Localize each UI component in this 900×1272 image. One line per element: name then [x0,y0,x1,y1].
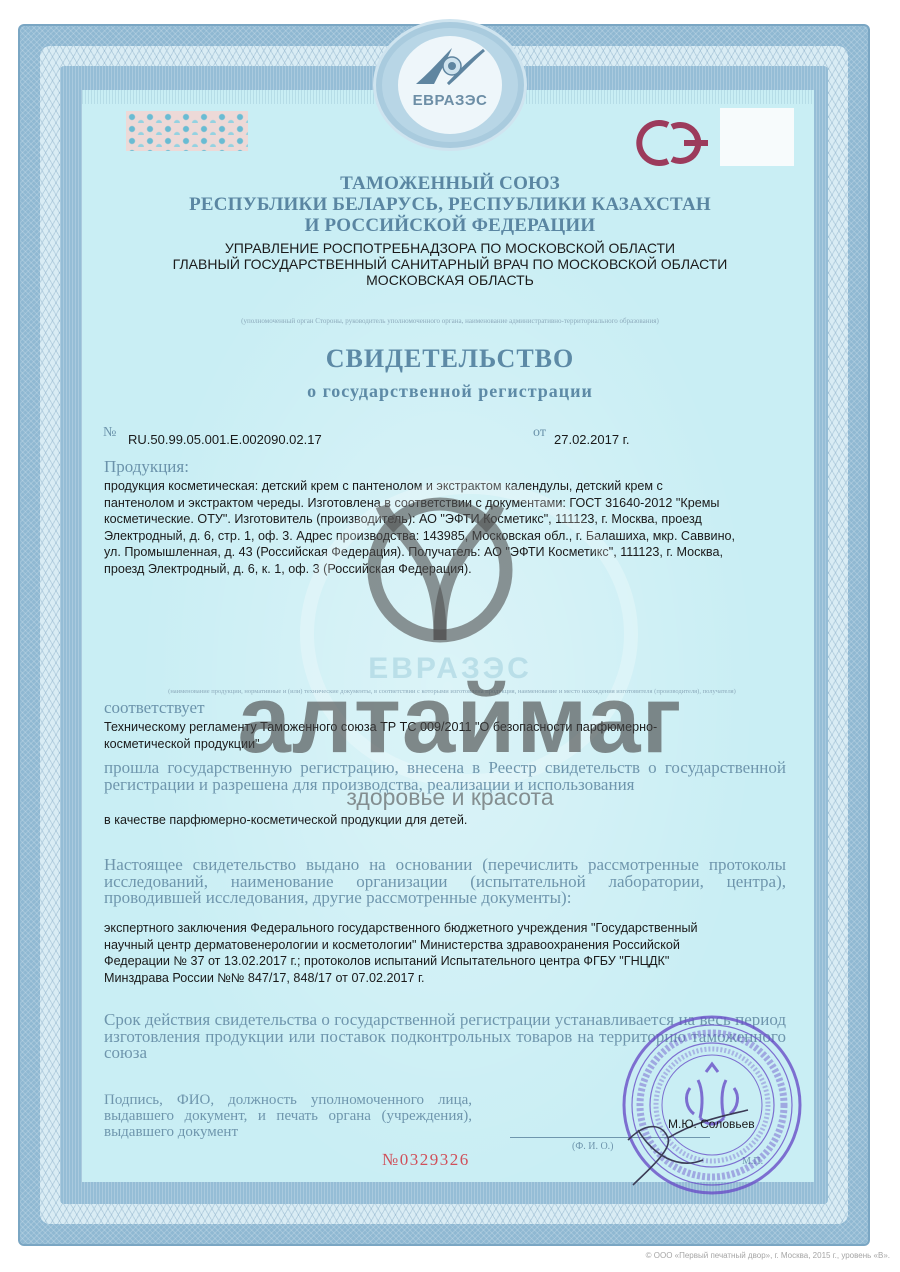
basis-line: Минздрава России №№ 847/17, 848/17 от 07… [104,970,698,987]
basis-statement: Настоящее свидетельство выдано на основа… [104,857,786,907]
hologram-sticker [126,111,248,151]
signer-name: М.Ю. Соловьев [668,1117,755,1131]
authority-line-3: МОСКОВСКАЯ ОБЛАСТЬ [100,272,800,289]
registration-number: RU.50.99.05.001.Е.002090.02.17 [128,432,322,449]
authority-line-1: УПРАВЛЕНИЕ РОСПОТРЕБНАДЗОРА ПО МОСКОВСКО… [100,240,800,257]
official-stamp-icon [608,1010,813,1200]
conformity-se-mark-icon [632,115,712,171]
product-label: Продукция: [104,457,189,477]
watermark-leaf-emblem-icon [340,490,540,650]
signature-label: Подпись, ФИО, должность уполномоченного … [104,1092,472,1140]
authority-line-2: ГЛАВНЫЙ ГОСУДАРСТВЕННЫЙ САНИТАРНЫЙ ВРАЧ … [100,256,800,273]
watermark-brand: алтаймаг [160,672,760,768]
evrazes-emblem-icon [412,44,488,88]
document-title: СВИДЕТЕЛЬСТВО [100,344,800,374]
watermark-tagline: здоровье и красота [250,784,650,811]
printer-note: © ООО «Первый печатный двор», г. Москва,… [560,1251,890,1260]
basis-line: научный центр дерматовенерологии и косме… [104,937,698,954]
number-label: № [103,425,116,441]
date-label: от [533,425,546,441]
evrazes-logo-text: ЕВРАЗЭС [398,92,502,109]
blank-label-box [720,108,794,166]
basis-line: экспертного заключения Федерального госу… [104,920,698,937]
header-line-2: РЕСПУБЛИКИ БЕЛАРУСЬ, РЕСПУБЛИКИ КАЗАХСТА… [100,194,800,215]
form-serial-number: №0329326 [382,1150,470,1170]
usage-text: в качестве парфюмерно-косметической прод… [104,812,467,829]
header-line-1: ТАМОЖЕННЫЙ СОЮЗ [100,173,800,194]
authority-hint: (уполномоченный орган Стороны, руководит… [150,317,750,325]
header-line-3: И РОССИЙСКОЙ ФЕДЕРАЦИИ [100,215,800,236]
basis-documents: экспертного заключения Федерального госу… [104,920,698,986]
registration-date: 27.02.2017 г. [554,432,629,449]
basis-line: Федерации № 37 от 13.02.2017 г.; протоко… [104,953,698,970]
document-subtitle: о государственной регистрации [100,381,800,402]
